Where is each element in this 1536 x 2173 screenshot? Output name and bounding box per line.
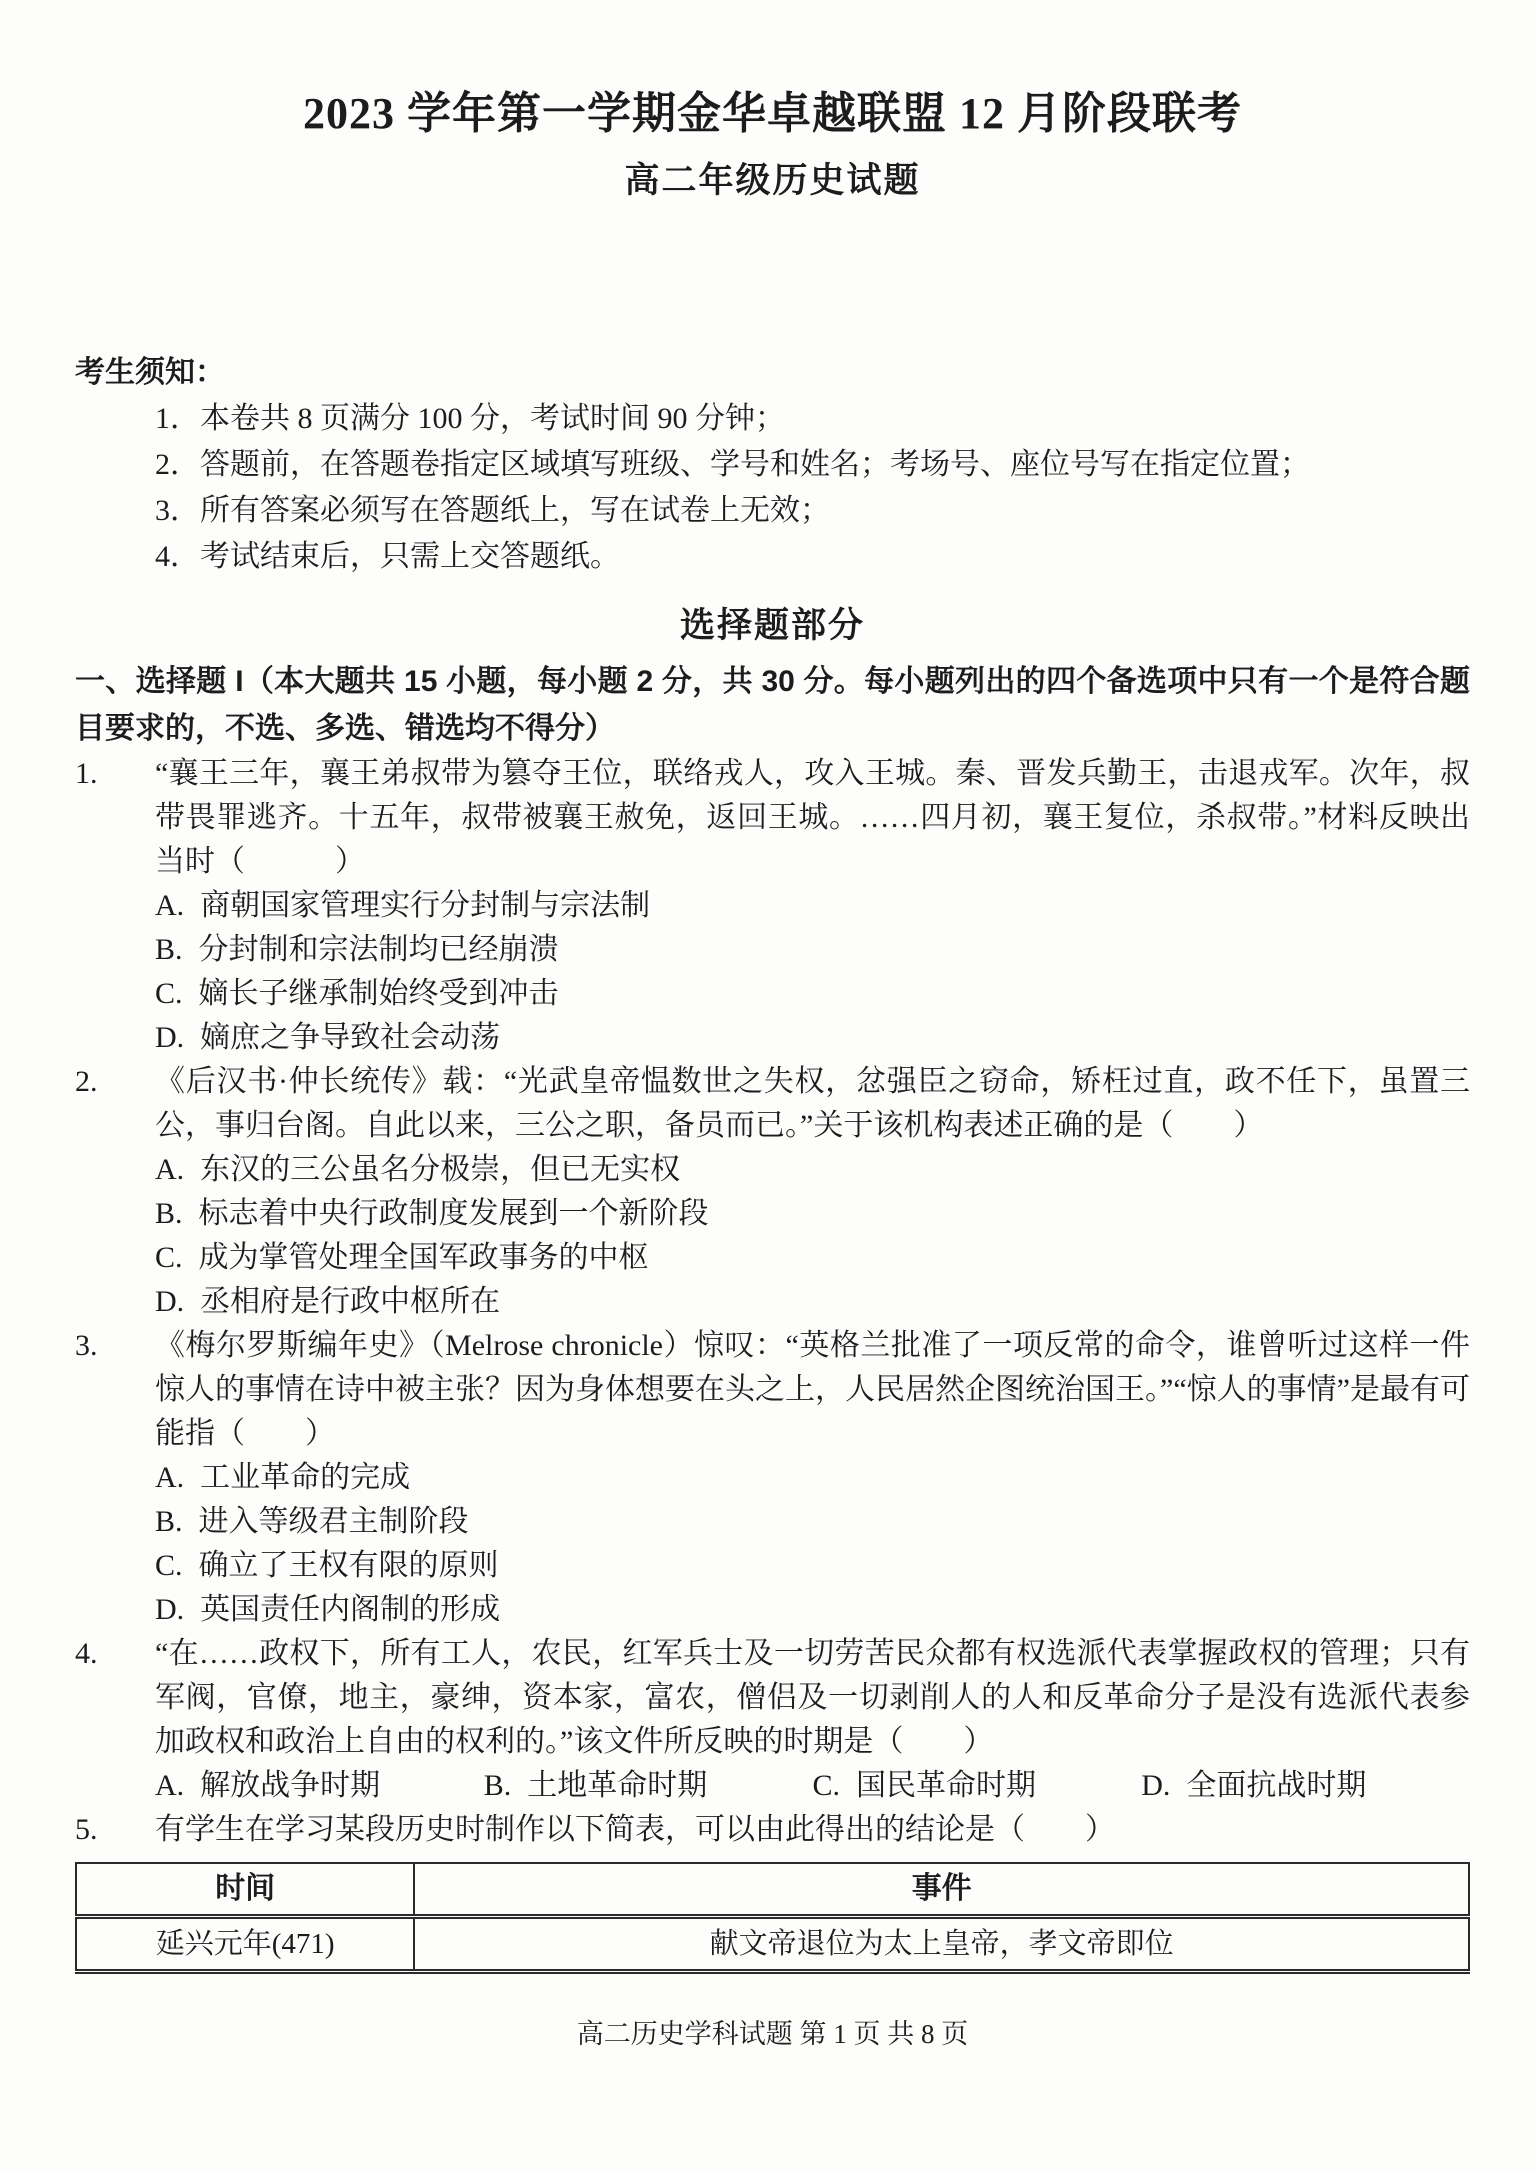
notice-heading: 考生须知：: [75, 350, 1470, 396]
option-text: 成为掌管处理全国军政事务的中枢: [199, 1241, 649, 1274]
option-label: D.: [1141, 1764, 1170, 1808]
notice-item-2: 2．答题前，在答题卷指定区域填写班级、学号和姓名；考场号、座位号写在指定位置；: [75, 442, 1470, 488]
option-text: 嫡长子继承制始终受到冲击: [199, 977, 559, 1010]
option-b: B.标志着中央行政制度发展到一个新阶段: [155, 1192, 1470, 1236]
exam-subtitle: 高二年级历史试题: [75, 158, 1470, 204]
question-5-table: 时间 事件 延兴元年(471) 献文帝退位为太上皇帝，孝文帝即位: [75, 1862, 1470, 1974]
section-instruction: 一、选择题 I（本大题共 15 小题，每小题 2 分，共 30 分。每小题列出的…: [75, 658, 1470, 752]
question-stem: “襄王三年，襄王弟叔带为篡夺王位，联络戎人，攻入王城。秦、晋发兵勤王，击退戎军。…: [155, 752, 1470, 884]
option-text: 解放战争时期: [200, 1769, 380, 1802]
question-3: 3. 《梅尔罗斯编年史》（Melrose chronicle）惊叹：“英格兰批准…: [75, 1324, 1470, 1632]
option-text: 土地革命时期: [527, 1769, 707, 1802]
option-d: D.英国责任内阁制的形成: [155, 1588, 1470, 1632]
question-stem: 《后汉书·仲长统传》载：“光武皇帝愠数世之失权，忿强臣之窃命，矫枉过直，政不任下…: [155, 1060, 1470, 1148]
option-label: B.: [155, 1500, 183, 1544]
table-row: 延兴元年(471) 献文帝退位为太上皇帝，孝文帝即位: [76, 1917, 1469, 1972]
option-c: C.成为掌管处理全国军政事务的中枢: [155, 1236, 1470, 1280]
option-text: 商朝国家管理实行分封制与宗法制: [200, 889, 650, 922]
notice-item-3: 3．所有答案必须写在答题纸上，写在试卷上无效；: [75, 488, 1470, 534]
question-1: 1. “襄王三年，襄王弟叔带为篡夺王位，联络戎人，攻入王城。秦、晋发兵勤王，击退…: [75, 752, 1470, 1060]
option-label: A.: [155, 1148, 184, 1192]
option-text: 国民革命时期: [856, 1769, 1036, 1802]
option-text: 标志着中央行政制度发展到一个新阶段: [199, 1197, 709, 1230]
question-body: 有学生在学习某段历史时制作以下简表，可以由此得出的结论是（ ）: [155, 1808, 1470, 1852]
question-number: 5.: [75, 1808, 155, 1852]
table-cell-time: 延兴元年(471): [76, 1917, 414, 1972]
question-2: 2. 《后汉书·仲长统传》载：“光武皇帝愠数世之失权，忿强臣之窃命，矫枉过直，政…: [75, 1060, 1470, 1324]
option-label: A.: [155, 1764, 184, 1808]
question-body: 《梅尔罗斯编年史》（Melrose chronicle）惊叹：“英格兰批准了一项…: [155, 1324, 1470, 1632]
question-stem: 有学生在学习某段历史时制作以下简表，可以由此得出的结论是（ ）: [155, 1808, 1470, 1852]
option-label: B.: [484, 1764, 512, 1808]
option-a: A.解放战争时期: [155, 1764, 484, 1808]
table-cell-event: 献文帝退位为太上皇帝，孝文帝即位: [414, 1917, 1469, 1972]
option-label: D.: [155, 1016, 184, 1060]
option-d: D.丞相府是行政中枢所在: [155, 1280, 1470, 1324]
option-c: C.国民革命时期: [813, 1764, 1142, 1808]
option-b: B.分封制和宗法制均已经崩溃: [155, 928, 1470, 972]
options-row: A.解放战争时期 B.土地革命时期 C.国民革命时期 D.全面抗战时期: [155, 1764, 1470, 1808]
option-label: C.: [155, 972, 183, 1016]
option-label: A.: [155, 1456, 184, 1500]
option-c: C.嫡长子继承制始终受到冲击: [155, 972, 1470, 1016]
option-b: B.进入等级君主制阶段: [155, 1500, 1470, 1544]
question-body: 《后汉书·仲长统传》载：“光武皇帝愠数世之失权，忿强臣之窃命，矫枉过直，政不任下…: [155, 1060, 1470, 1324]
option-c: C.确立了王权有限的原则: [155, 1544, 1470, 1588]
option-label: C.: [155, 1236, 183, 1280]
table-header-time: 时间: [76, 1863, 414, 1917]
option-d: D.嫡庶之争导致社会动荡: [155, 1016, 1470, 1060]
option-label: B.: [155, 928, 183, 972]
section-heading: 选择题部分: [75, 602, 1470, 650]
option-label: D.: [155, 1588, 184, 1632]
question-body: “襄王三年，襄王弟叔带为篡夺王位，联络戎人，攻入王城。秦、晋发兵勤王，击退戎军。…: [155, 752, 1470, 1060]
notice-section: 考生须知： 1．本卷共 8 页满分 100 分，考试时间 90 分钟； 2．答题…: [75, 350, 1470, 580]
page-footer: 高二历史学科试题 第 1 页 共 8 页: [75, 2014, 1470, 2054]
option-a: A.东汉的三公虽名分极崇，但已无实权: [155, 1148, 1470, 1192]
question-4: 4. “在……政权下，所有工人，农民，红军兵士及一切劳苦民众都有权选派代表掌握政…: [75, 1632, 1470, 1808]
option-text: 英国责任内阁制的形成: [200, 1593, 500, 1626]
option-text: 进入等级君主制阶段: [199, 1505, 469, 1538]
question-number: 4.: [75, 1632, 155, 1676]
option-text: 东汉的三公虽名分极崇，但已无实权: [200, 1153, 680, 1186]
notice-item-1: 1．本卷共 8 页满分 100 分，考试时间 90 分钟；: [75, 396, 1470, 442]
option-a: A.工业革命的完成: [155, 1456, 1470, 1500]
option-label: C.: [155, 1544, 183, 1588]
option-label: D.: [155, 1280, 184, 1324]
option-text: 工业革命的完成: [200, 1461, 410, 1494]
table-header-event: 事件: [414, 1863, 1469, 1917]
exam-title: 2023 学年第一学期金华卓越联盟 12 月阶段联考: [75, 86, 1470, 142]
question-stem: 《梅尔罗斯编年史》（Melrose chronicle）惊叹：“英格兰批准了一项…: [155, 1324, 1470, 1456]
option-text: 丞相府是行政中枢所在: [200, 1285, 500, 1318]
question-number: 2.: [75, 1060, 155, 1104]
table-header-row: 时间 事件: [76, 1863, 1469, 1917]
option-b: B.土地革命时期: [484, 1764, 813, 1808]
option-text: 全面抗战时期: [1186, 1769, 1366, 1802]
notice-item-4: 4．考试结束后，只需上交答题纸。: [75, 534, 1470, 580]
option-label: B.: [155, 1192, 183, 1236]
exam-paper-page: 2023 学年第一学期金华卓越联盟 12 月阶段联考 高二年级历史试题 考生须知…: [0, 0, 1536, 2173]
option-text: 确立了王权有限的原则: [199, 1549, 499, 1582]
option-label: C.: [813, 1764, 841, 1808]
option-d: D.全面抗战时期: [1141, 1764, 1470, 1808]
question-stem: “在……政权下，所有工人，农民，红军兵士及一切劳苦民众都有权选派代表掌握政权的管…: [155, 1632, 1470, 1764]
question-number: 3.: [75, 1324, 155, 1368]
question-body: “在……政权下，所有工人，农民，红军兵士及一切劳苦民众都有权选派代表掌握政权的管…: [155, 1632, 1470, 1808]
question-number: 1.: [75, 752, 155, 796]
option-label: A.: [155, 884, 184, 928]
option-text: 分封制和宗法制均已经崩溃: [199, 933, 559, 966]
option-text: 嫡庶之争导致社会动荡: [200, 1021, 500, 1054]
question-5: 5. 有学生在学习某段历史时制作以下简表，可以由此得出的结论是（ ）: [75, 1808, 1470, 1852]
option-a: A.商朝国家管理实行分封制与宗法制: [155, 884, 1470, 928]
